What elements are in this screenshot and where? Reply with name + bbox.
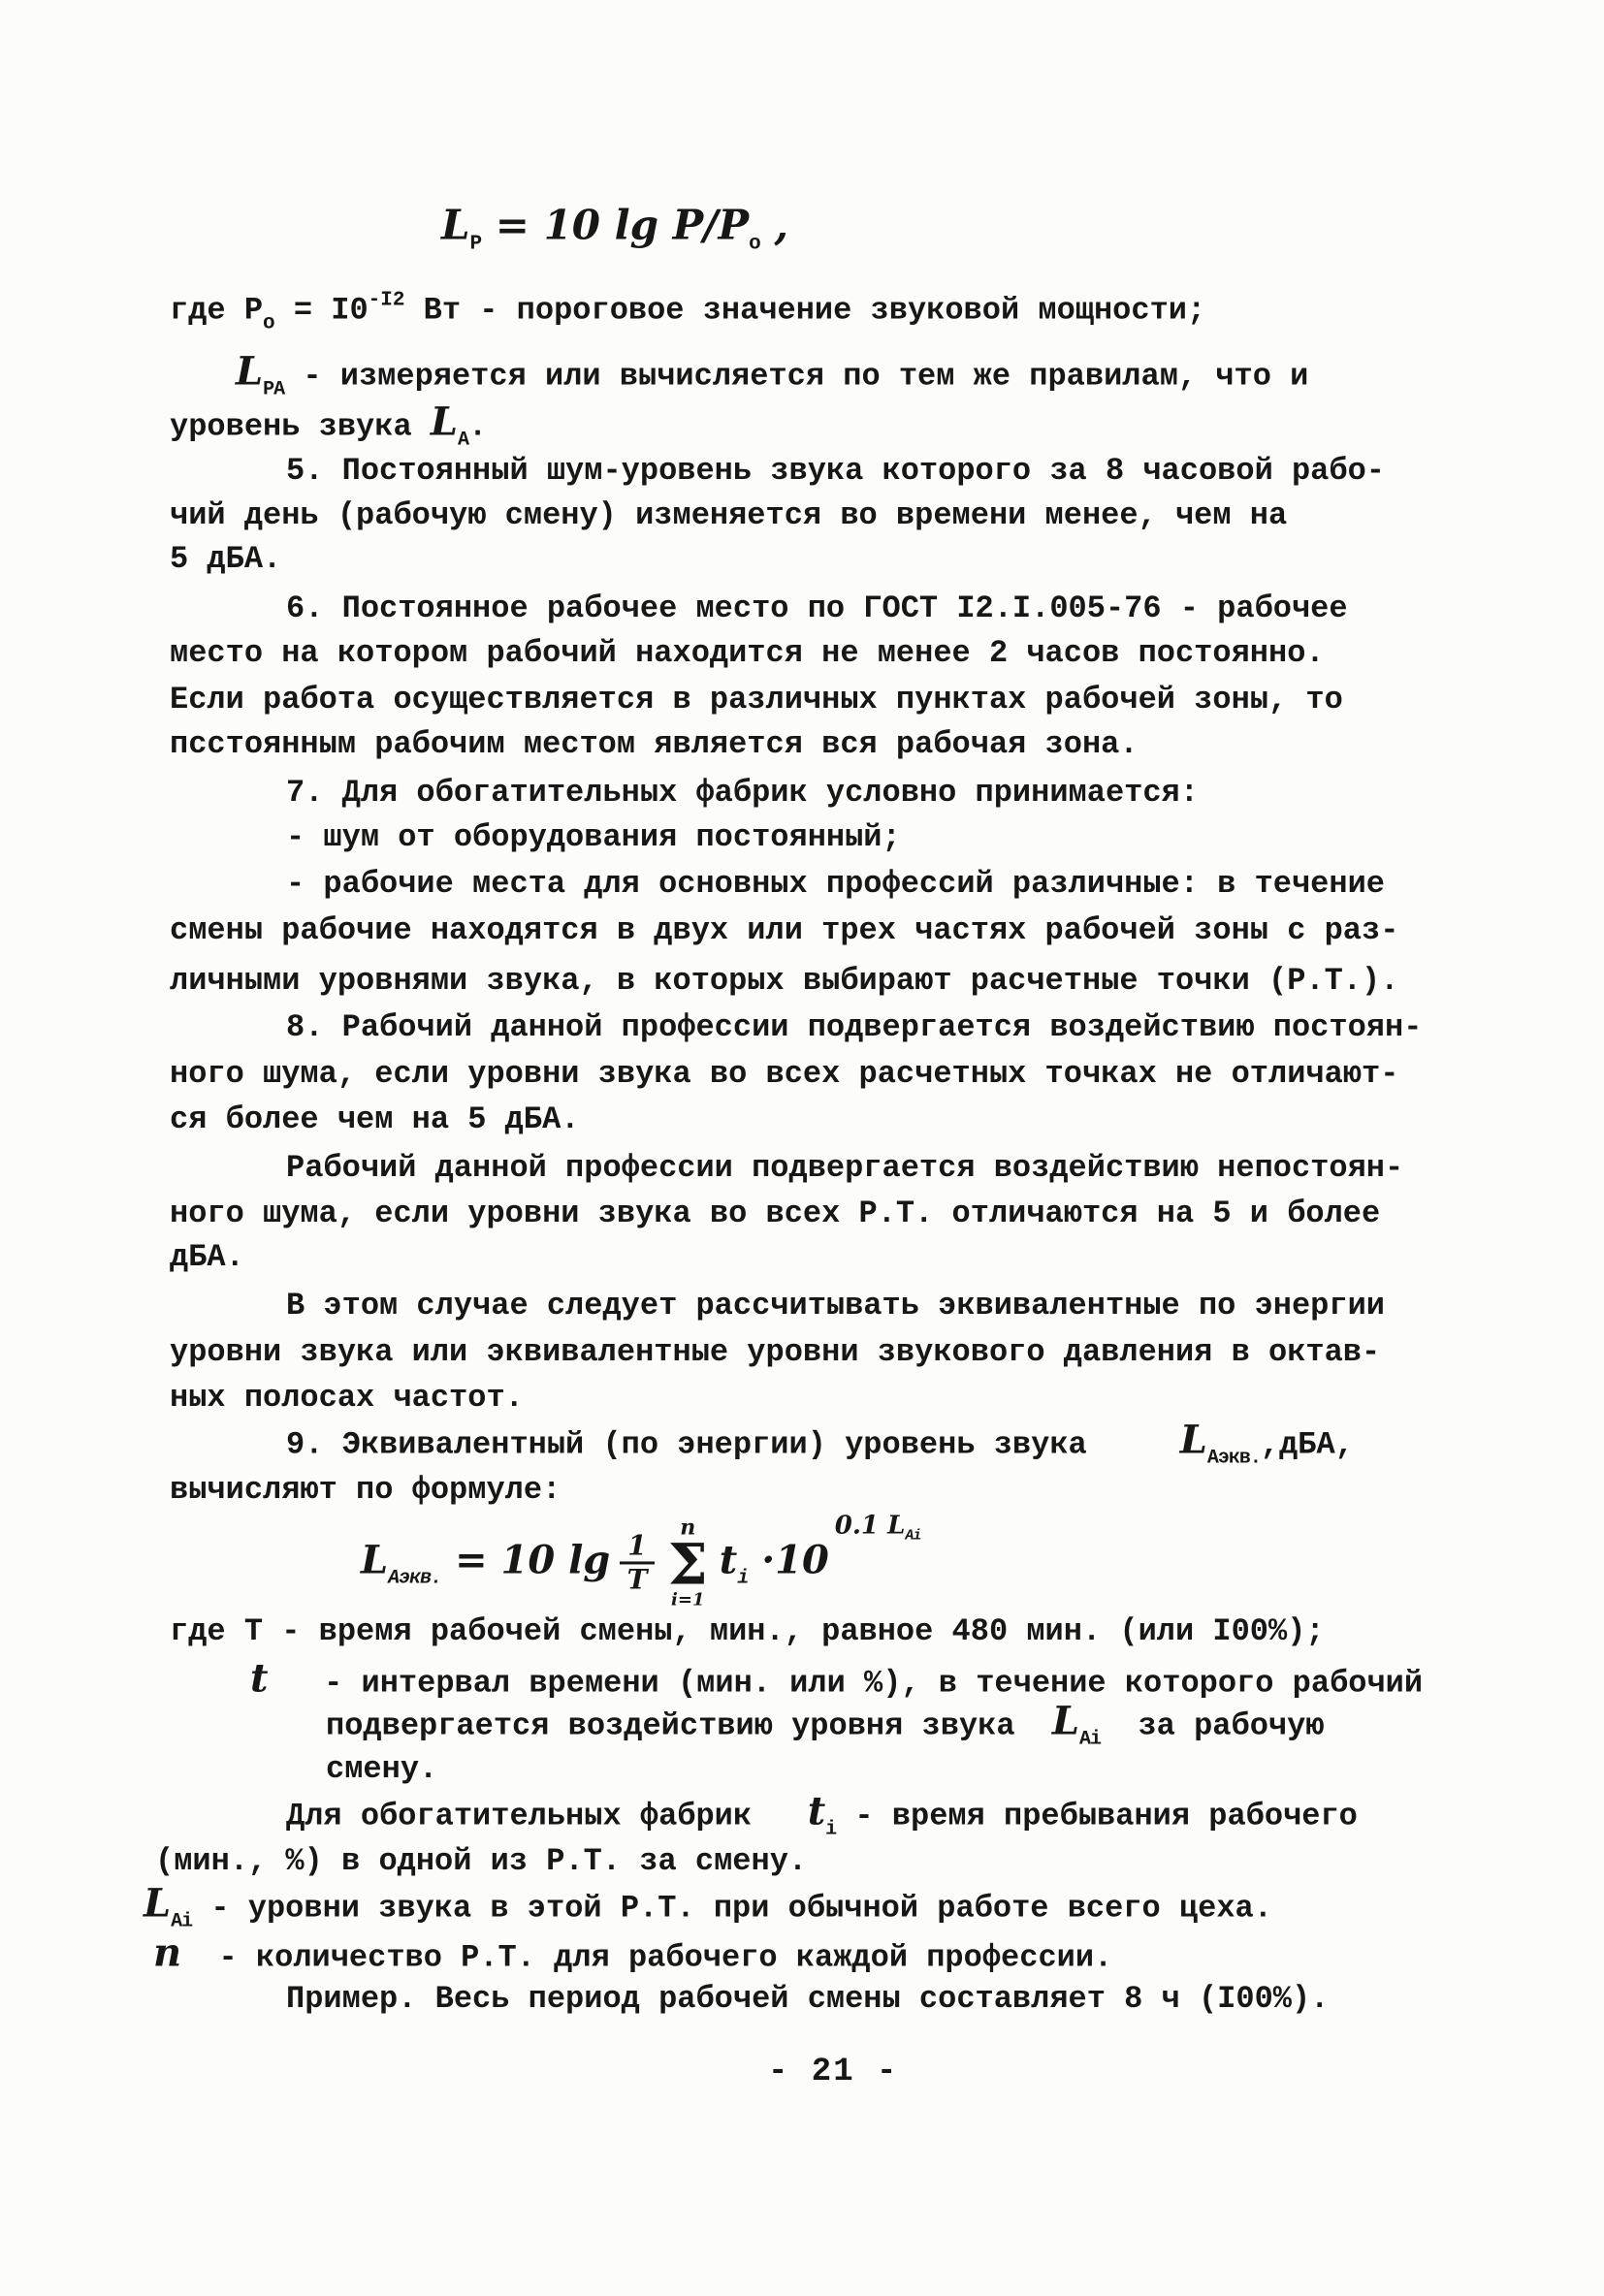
text-line: Пример. Весь период рабочей смены состав… — [286, 1984, 1329, 2015]
fraction-one-over-T: 1 T — [620, 1530, 654, 1595]
page: LАэкв. = 10 lg 1 T n Σ i=1 ti ·10 0.1 LА… — [0, 0, 1604, 2296]
formula-sound-power: LP = 10 lg P/Pо , — [441, 206, 788, 255]
formula-term-subscript: i — [737, 1567, 748, 1589]
text-line: - шум от оборудования постоянный; — [286, 822, 901, 853]
text-line: Рабочий данной профессии подвергается во… — [286, 1153, 1403, 1184]
sigma-icon: Σ — [668, 1538, 708, 1591]
text-line: подвергается воздействию уровня звука LА… — [326, 1703, 1325, 1750]
text-line: ся более чем на 5 дБА. — [170, 1104, 579, 1135]
text-line: LРА - измеряется или вычисляется по тем … — [236, 353, 1308, 400]
text-line: В этом случае следует рассчитывать эквив… — [286, 1291, 1385, 1322]
text-line: n - количество Р.Т. для рабочего каждой … — [153, 1934, 1112, 1974]
text-line: LАi - уровни звука в этой Р.Т. при обычн… — [144, 1885, 1272, 1932]
formula-exponent-subscript: Аi — [905, 1527, 920, 1544]
text-line: уровни звука или эквивалентные уровни зв… — [170, 1337, 1380, 1368]
text-line: вычисляют по формуле: — [170, 1475, 561, 1506]
text-line: 5. Постоянный шум-уровень звука которого… — [286, 456, 1385, 487]
summation-symbol: n Σ i=1 — [668, 1516, 708, 1609]
text-line: 8. Рабочий данной профессии подвергается… — [286, 1012, 1422, 1043]
text-line: t - интервал времени (мин. или %), в теч… — [250, 1660, 1423, 1700]
text-line: Для обогатительных фабрик ti - время пре… — [286, 1793, 1358, 1840]
text-line: - рабочие места для основных профессий р… — [286, 869, 1385, 900]
text-line: 5 дБА. — [170, 544, 281, 575]
text-line: чий день (рабочую смену) изменяется во в… — [170, 500, 1287, 531]
text-line: псстоянным рабочим местом является вся р… — [170, 729, 1139, 760]
formula-lhs-subscript: Аэкв. — [388, 1567, 441, 1589]
fraction-denominator: T — [627, 1565, 648, 1596]
text-line: 6. Постоянное рабочее место по ГОСТ I2.I… — [286, 593, 1348, 624]
page-number: - 21 - — [768, 2056, 898, 2089]
text-line: где Т - время рабочей смены, мин., равно… — [170, 1616, 1325, 1647]
text-line: ного шума, если уровни звука во всех Р.Т… — [170, 1198, 1380, 1229]
text-line: ных полосах частот. — [170, 1383, 524, 1414]
text-line: уровень звука LА. — [170, 403, 487, 451]
text-line: ного шума, если уровни звука во всех рас… — [170, 1059, 1398, 1090]
text-line: (мин., %) в одной из Р.Т. за смену. — [155, 1846, 807, 1877]
formula-lhs: LАэкв. = 10 lg — [361, 1537, 610, 1589]
text-line: смену. — [326, 1754, 437, 1785]
text-line: дБА. — [170, 1242, 244, 1273]
formula-exponent: 0.1 LАi — [835, 1511, 921, 1544]
text-line: место на котором рабочий находится не ме… — [170, 638, 1325, 669]
text-line: смены рабочие находятся в двух или трех … — [170, 915, 1398, 946]
text-line: личными уровнями звука, в которых выбира… — [170, 966, 1398, 997]
text-line: где Ро = I0-I2 Вт - пороговое значение з… — [170, 291, 1205, 335]
text-line: 7. Для обогатительных фабрик условно при… — [286, 778, 1199, 809]
formula-term: ti ·10 — [720, 1537, 829, 1589]
formula-equivalent-sound-level: LАэкв. = 10 lg 1 T n Σ i=1 ti ·10 0.1 LА… — [361, 1516, 920, 1609]
text-line: Если работа осуществляется в различных п… — [170, 685, 1343, 716]
summation-lower-limit: i=1 — [671, 1592, 704, 1610]
fraction-numerator: 1 — [620, 1530, 654, 1564]
text-line: 9. Эквивалентный (по энергии) уровень зв… — [286, 1421, 1354, 1469]
